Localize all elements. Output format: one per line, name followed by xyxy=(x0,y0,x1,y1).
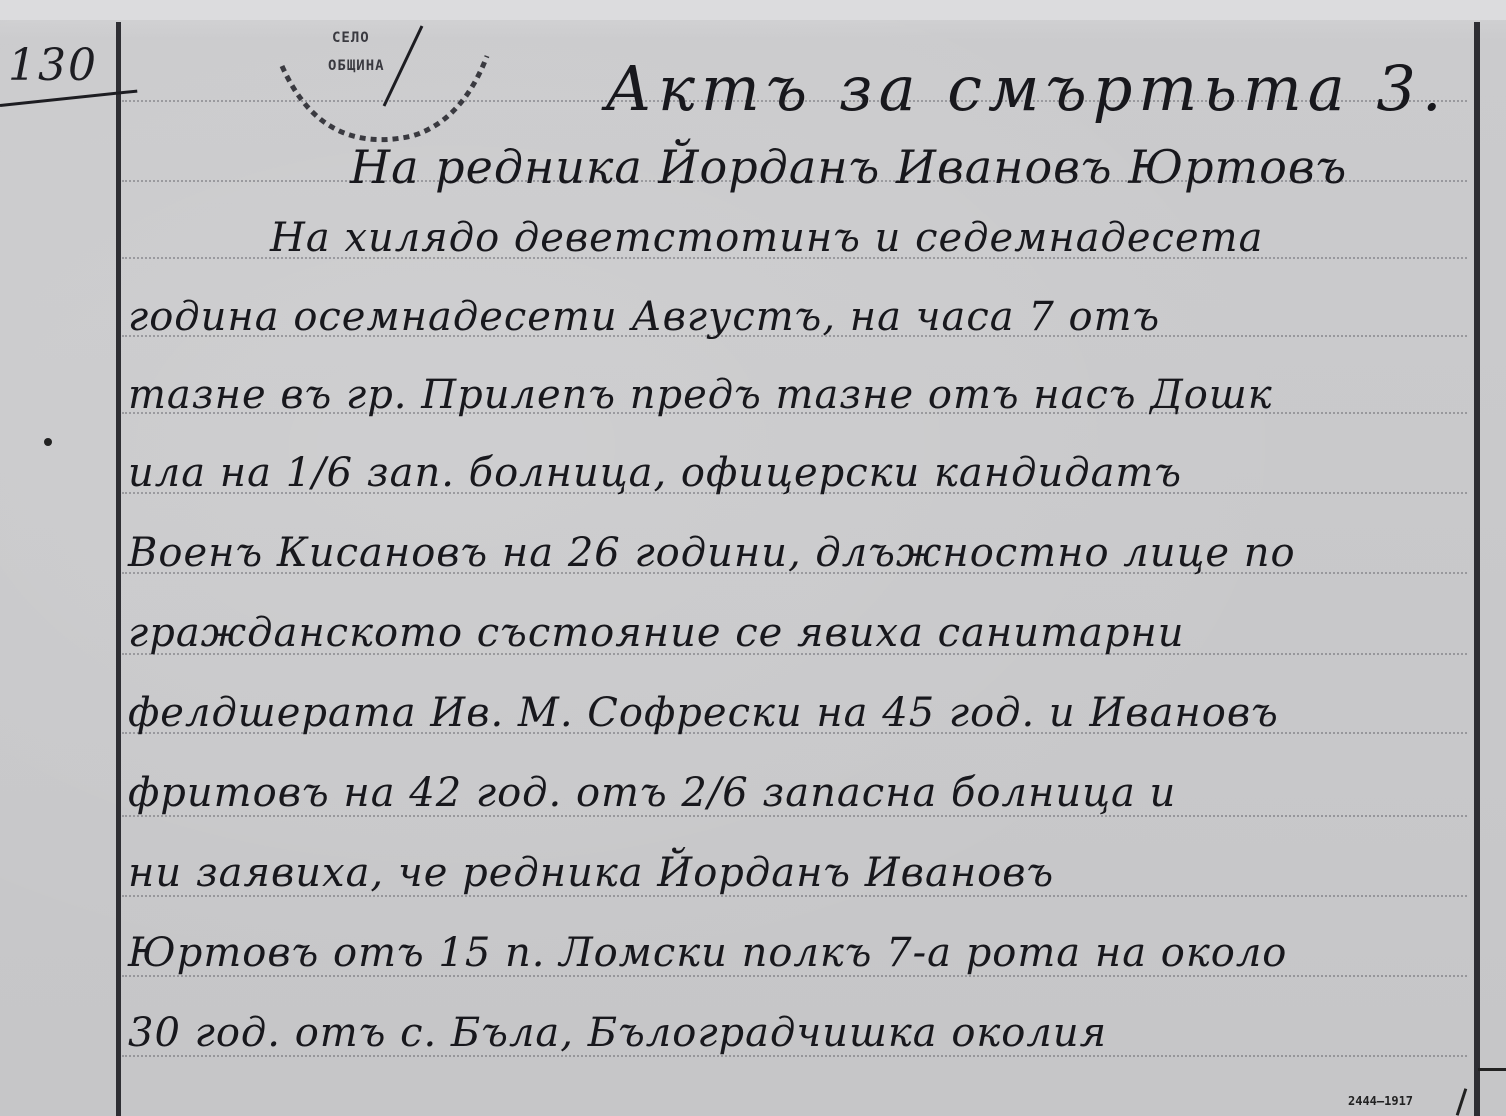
footer-slash-mark xyxy=(1456,1088,1468,1116)
text-line-8: фритовъ на 42 год. отъ 2/6 запасна болни… xyxy=(128,770,1176,816)
official-stamp: СЕЛО ОБЩИНА xyxy=(262,6,502,156)
text-line-7: фелдшерата Ив. М. Софрески на 45 год. и … xyxy=(128,690,1279,736)
text-line-3: тазне въ гр. Прилепъ предъ тазне отъ нас… xyxy=(128,372,1273,418)
archive-code: 2444—1917 xyxy=(1348,1094,1413,1108)
document-page: 130 СЕЛО ОБЩИНА Актъ за смъртьта 3. На р… xyxy=(0,0,1506,1116)
right-margin-rule xyxy=(1474,22,1480,1116)
text-line-1: Нa хилядо деветстотинъ и седемнадесета xyxy=(270,215,1263,261)
stamp-arc-icon xyxy=(262,6,502,156)
record-subject: На редника Йорданъ Ивановъ Юртовъ xyxy=(350,140,1347,194)
stamp-line-1: СЕЛО xyxy=(332,30,370,46)
stamp-line-2: ОБЩИНА xyxy=(328,58,385,74)
right-edge-tick xyxy=(1478,1068,1506,1071)
left-margin-rule xyxy=(116,22,121,1116)
text-line-2: година осемнадесети Августъ, на часа 7 о… xyxy=(128,294,1160,340)
text-line-9: ни заявиха, че редника Йорданъ Ивановъ xyxy=(128,850,1054,896)
text-line-11: 30 год. отъ с. Бъла, Бълоградчишка околи… xyxy=(128,1010,1107,1056)
record-number: 130 xyxy=(8,40,98,91)
text-line-5: Военъ Кисановъ на 26 години, длъжностно … xyxy=(128,530,1296,576)
scan-top-edge xyxy=(0,0,1506,20)
margin-dot xyxy=(44,438,52,446)
text-line-4: ила на 1/6 зап. болница, офицерски канди… xyxy=(128,450,1182,496)
text-line-6: гражданското състояние се явиха санитарн… xyxy=(128,610,1185,656)
text-line-10: Юртовъ отъ 15 п. Ломски полкъ 7-а рота н… xyxy=(128,930,1287,976)
record-title: Актъ за смъртьта 3. xyxy=(605,52,1448,125)
